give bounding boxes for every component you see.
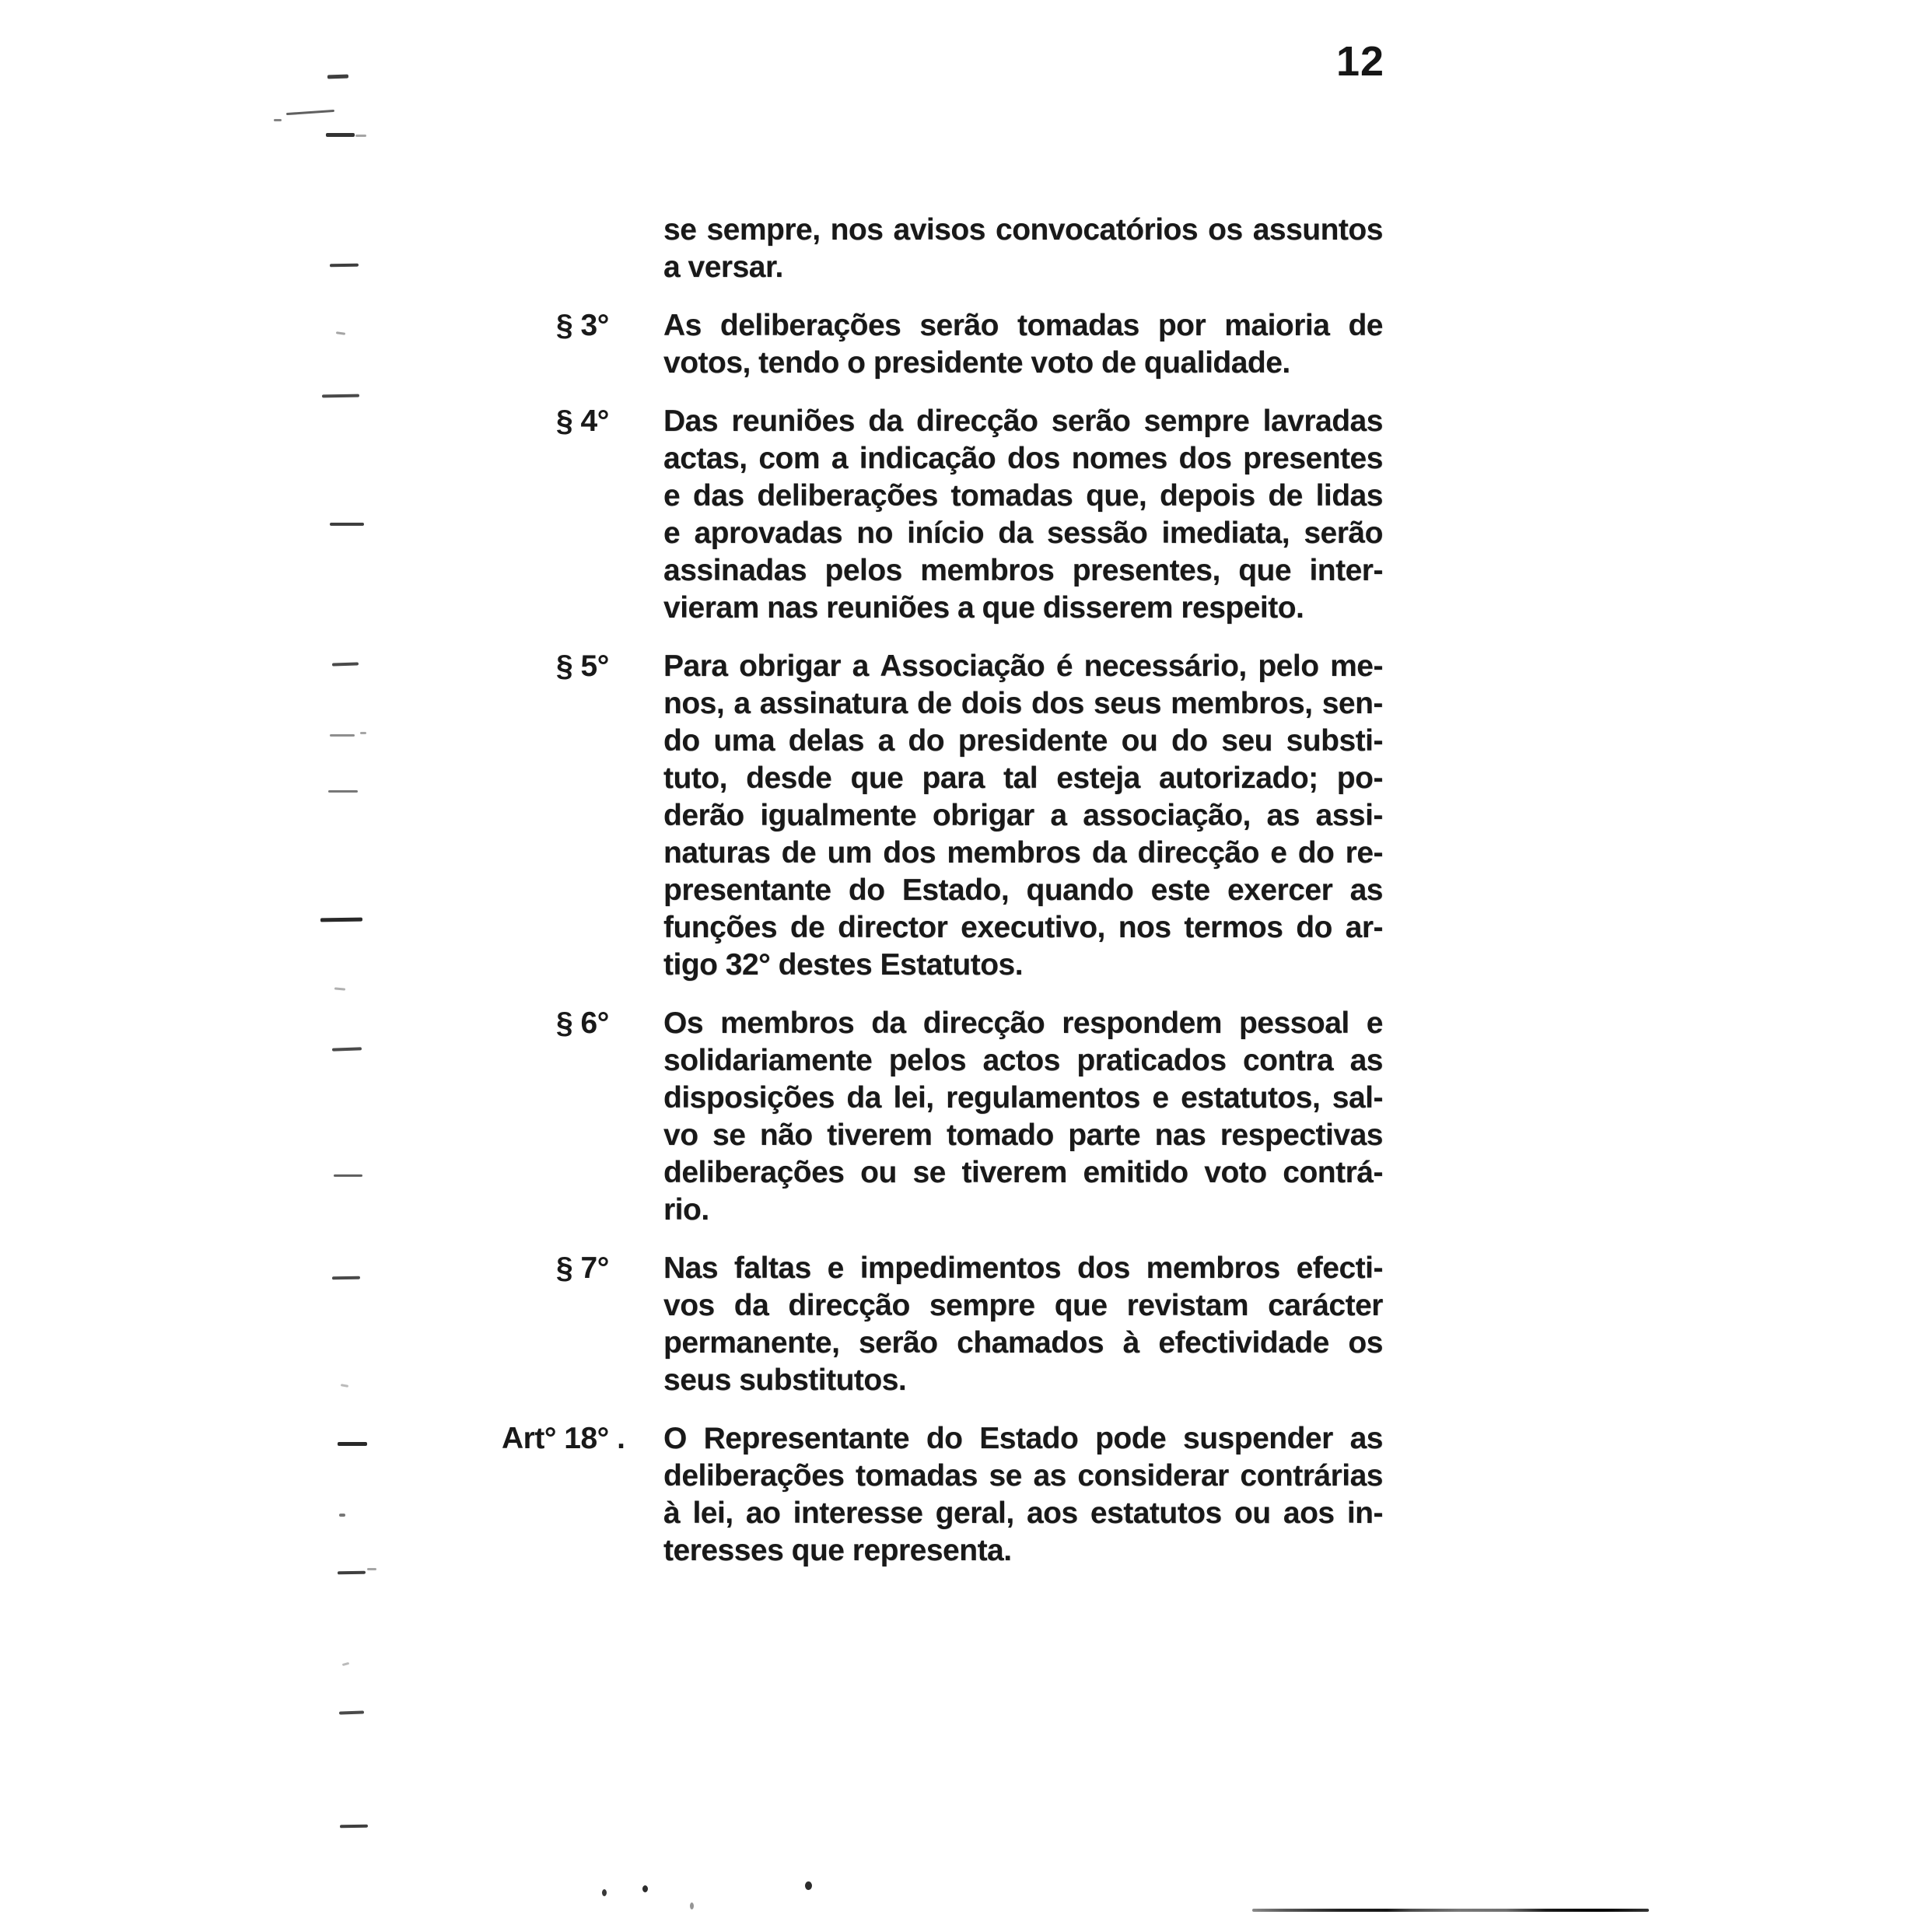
scan-mark bbox=[334, 987, 345, 990]
paragraph-body: ParaobrigaraAssociaçãoénecessário,pelome… bbox=[663, 648, 1383, 984]
paragraph: § 4°Dasreuniõesdadirecçãoserãosemprelavr… bbox=[502, 403, 1383, 627]
paragraph-label: § 6° bbox=[502, 1005, 663, 1229]
scan-mark bbox=[341, 1384, 348, 1388]
text-line: solidariamentepelosactospraticadoscontra… bbox=[663, 1042, 1383, 1080]
paragraph-label: § 4° bbox=[502, 403, 663, 627]
scan-mark bbox=[340, 1825, 368, 1829]
text-line: Osmembrosdadirecçãorespondempessoale bbox=[663, 1005, 1383, 1042]
paragraph-body: Dasreuniõesdadirecçãoserãosemprelavradas… bbox=[663, 403, 1383, 627]
text-line: funçõesdedirectorexecutivo,nostermosdoar… bbox=[663, 909, 1383, 947]
paragraph: sesempre,nosavisosconvocatóriososassunto… bbox=[502, 212, 1383, 286]
text-line: nos,aassinaturadedoisdosseusmembros,sen- bbox=[663, 685, 1383, 723]
paragraph: § 7°Nasfaltaseimpedimentosdosmembrosefec… bbox=[502, 1250, 1383, 1399]
text-line: derãoigualmenteobrigaraassociação,asassi… bbox=[663, 797, 1383, 835]
text-line: disposiçõesdalei,regulamentoseestatutos,… bbox=[663, 1080, 1383, 1117]
paragraph: § 6°Osmembrosdadirecçãorespondempessoale… bbox=[502, 1005, 1383, 1229]
scan-mark bbox=[330, 523, 364, 526]
paragraph-label: § 5° bbox=[502, 648, 663, 984]
text-line: deliberaçõesousetiverememitidovotocontrá… bbox=[663, 1154, 1383, 1192]
scan-mark bbox=[330, 264, 359, 268]
scan-mark bbox=[332, 1276, 360, 1280]
text-line: ParaobrigaraAssociaçãoénecessário,pelome… bbox=[663, 648, 1383, 685]
paragraph-body: Nasfaltaseimpedimentosdosmembrosefecti-v… bbox=[663, 1250, 1383, 1399]
paragraph-label bbox=[502, 212, 663, 286]
text-line: actas,comaindicaçãodosnomesdospresentes bbox=[663, 440, 1383, 478]
scan-mark bbox=[334, 1174, 362, 1177]
text-line: Dasreuniõesdadirecçãoserãosemprelavradas bbox=[663, 403, 1383, 440]
text-line: edasdeliberaçõestomadasque,depoisdelidas bbox=[663, 478, 1383, 515]
paragraph: § 3°Asdeliberaçõesserãotomadaspormaioria… bbox=[502, 307, 1383, 382]
scan-mark bbox=[338, 1442, 367, 1446]
scan-mark bbox=[342, 1662, 349, 1666]
scan-mark bbox=[322, 394, 359, 398]
paragraph-body: ORepresentantedoEstadopodesuspenderasdel… bbox=[663, 1420, 1383, 1570]
scan-mark bbox=[286, 110, 334, 115]
text-line: eaprovadasnoiníciodasessãoimediata,serão bbox=[663, 515, 1383, 552]
text-line: presentantedoEstado,quandoesteexerceras bbox=[663, 872, 1383, 909]
scan-dot bbox=[642, 1885, 648, 1892]
text-line: permanente,serãochamadosàefectividadeos bbox=[663, 1325, 1383, 1362]
scan-mark bbox=[367, 1568, 376, 1570]
scan-mark bbox=[330, 734, 355, 737]
scan-mark bbox=[355, 135, 366, 137]
text-line: Nasfaltaseimpedimentosdosmembrosefecti- bbox=[663, 1250, 1383, 1287]
paragraph: Art° 18° .ORepresentantedoEstadopodesusp… bbox=[502, 1420, 1383, 1570]
paragraph-label: § 7° bbox=[502, 1250, 663, 1399]
scan-mark bbox=[332, 1047, 362, 1051]
text-line: vosdadirecçãosemprequerevistamcarácter bbox=[663, 1287, 1383, 1325]
scan-mark bbox=[339, 1710, 364, 1714]
scan-mark bbox=[336, 331, 345, 335]
paragraph: § 5°ParaobrigaraAssociaçãoénecessário,pe… bbox=[502, 648, 1383, 984]
text-line: votos, tendo o presidente voto de qualid… bbox=[663, 345, 1383, 382]
text-line: doumadelasadopresidenteoudoseusubsti- bbox=[663, 723, 1383, 760]
scan-mark bbox=[328, 790, 358, 793]
text-line: àlei,aointeressegeral,aosestatutosouaosi… bbox=[663, 1495, 1383, 1532]
text-line: rio. bbox=[663, 1192, 1383, 1229]
scan-dot bbox=[805, 1881, 812, 1890]
scan-dot bbox=[690, 1902, 694, 1909]
paragraph-body: Asdeliberaçõesserãotomadaspormaioriadevo… bbox=[663, 307, 1383, 382]
text-line: tigo 32° destes Estatutos. bbox=[663, 947, 1383, 984]
text-line: seus substitutos. bbox=[663, 1362, 1383, 1399]
paragraph-label: Art° 18° . bbox=[502, 1420, 663, 1570]
text-line: naturasdeumdosmembrosdadirecçãoedore- bbox=[663, 835, 1383, 872]
paragraph-body: sesempre,nosavisosconvocatóriososassunto… bbox=[663, 212, 1383, 286]
text-line: sesempre,nosavisosconvocatóriososassunto… bbox=[663, 212, 1383, 249]
scan-mark bbox=[338, 1571, 366, 1575]
scan-mark bbox=[360, 732, 366, 734]
paragraph-label: § 3° bbox=[502, 307, 663, 382]
text-line: a versar. bbox=[663, 249, 1383, 286]
text-line: tuto,desdequeparatalestejaautorizado;po- bbox=[663, 760, 1383, 797]
text-line: vieram nas reuniões a que disserem respe… bbox=[663, 590, 1383, 627]
text-line: Asdeliberaçõesserãotomadaspormaioriade bbox=[663, 307, 1383, 345]
scan-mark bbox=[339, 1514, 345, 1517]
page-number: 12 bbox=[1336, 37, 1384, 86]
scan-mark bbox=[320, 918, 362, 922]
scanned-document-page: { "page": { "number": "12" }, "content":… bbox=[0, 0, 1932, 1932]
text-line: teresses que representa. bbox=[663, 1532, 1383, 1570]
statute-text-block: sesempre,nosavisosconvocatóriososassunto… bbox=[502, 212, 1383, 1591]
scan-dot bbox=[602, 1889, 607, 1896]
scan-mark bbox=[327, 75, 348, 79]
scan-edge-line bbox=[1252, 1909, 1649, 1912]
text-line: vosenãotiveremtomadopartenasrespectivas bbox=[663, 1117, 1383, 1154]
scan-mark bbox=[332, 662, 359, 666]
text-line: ORepresentantedoEstadopodesuspenderas bbox=[663, 1420, 1383, 1458]
scan-mark bbox=[326, 133, 355, 137]
text-line: deliberaçõestomadasseasconsiderarcontrár… bbox=[663, 1458, 1383, 1495]
text-line: assinadaspelosmembrospresentes,queinter- bbox=[663, 552, 1383, 590]
paragraph-body: Osmembrosdadirecçãorespondempessoalesoli… bbox=[663, 1005, 1383, 1229]
scan-mark bbox=[274, 119, 282, 121]
